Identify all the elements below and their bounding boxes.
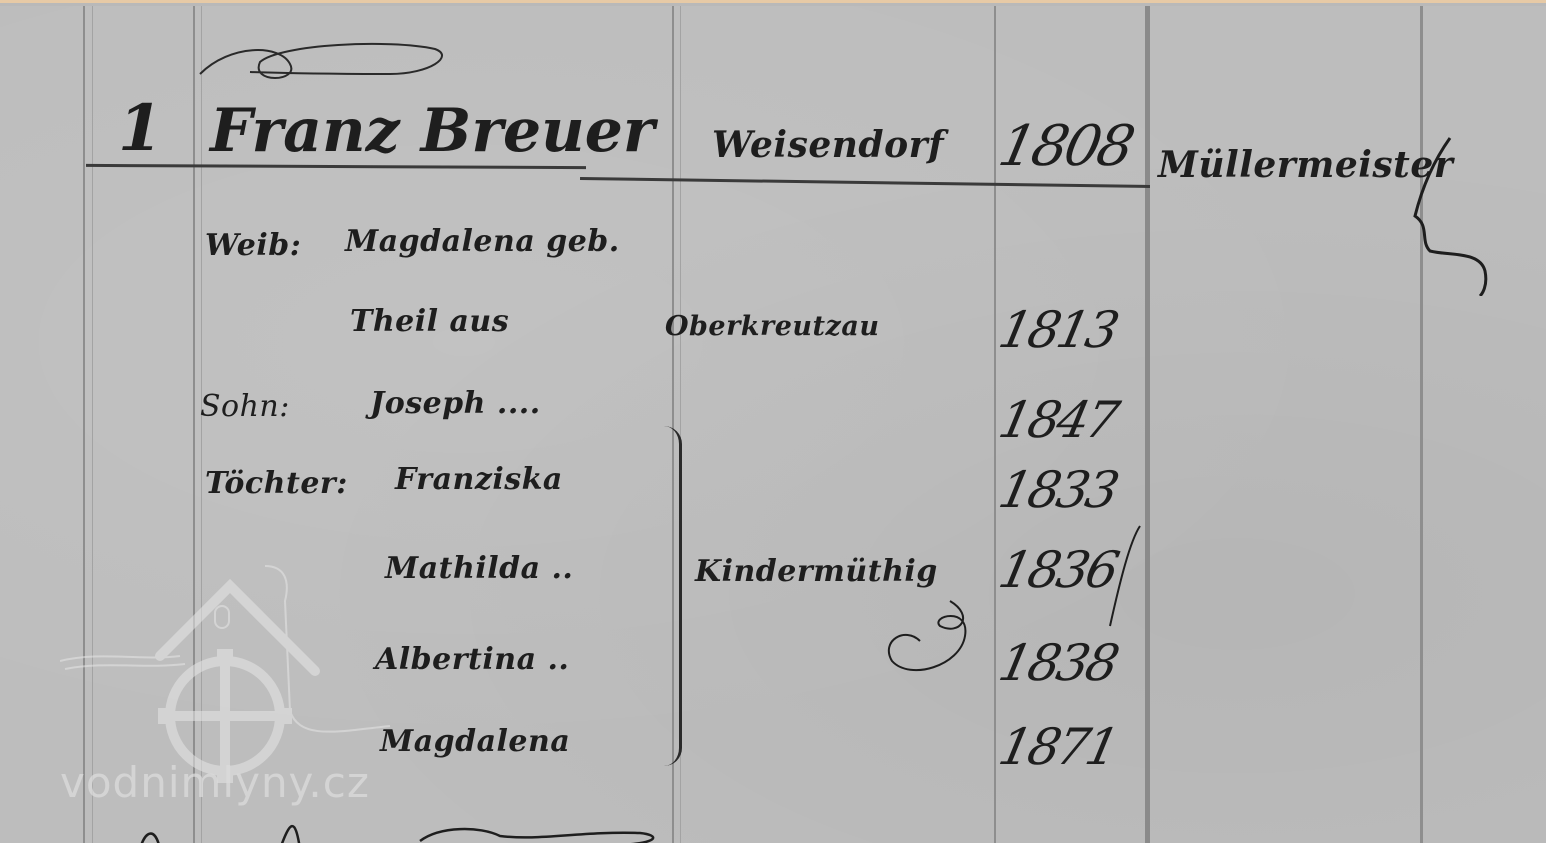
column-rule (994, 6, 996, 843)
row-name-wife: Magdalena geb. (345, 224, 620, 259)
next-entry-partial (120, 811, 680, 843)
row-name-wife-maiden: Theil aus (350, 304, 509, 339)
row-name-daughter-3: Albertina .. (375, 642, 569, 677)
row-name-daughter-1: Franziska (395, 462, 563, 497)
head-occupation: Müllermeister (1158, 144, 1453, 186)
row-year-daughter-1: 1833 (994, 461, 1122, 519)
head-birthplace: Weisendorf (712, 124, 944, 166)
head-year: 1808 (993, 114, 1137, 179)
year-flourish (1105, 521, 1145, 631)
row-year-wife: 1813 (994, 301, 1122, 359)
image-viewer: 1 Franz Breuer Weisendorf 1808 Müllermei… (0, 0, 1546, 843)
row-year-daughter-2: 1836 (994, 541, 1122, 599)
name-flourish (190, 34, 450, 104)
column-rule (1145, 6, 1150, 843)
place-flourish (880, 596, 980, 686)
occupation-flourish (1410, 126, 1500, 296)
watermark-text: vodnimlyny.cz (60, 758, 370, 807)
row-label-wife: Weib: (205, 228, 301, 263)
row-place-daughters: Kindermüthig (695, 554, 938, 589)
row-label-daughters: Töchter: (205, 466, 348, 501)
entry-number: 1 (118, 91, 163, 166)
row-name-daughter-4: Magdalena (380, 724, 570, 759)
daughters-brace (655, 426, 682, 766)
row-year-son: 1847 (994, 391, 1122, 449)
register-page-scan: 1 Franz Breuer Weisendorf 1808 Müllermei… (0, 6, 1546, 843)
row-year-daughter-3: 1838 (994, 634, 1122, 692)
row-place-wife: Oberkreutzau (665, 311, 879, 342)
head-name: Franz Breuer (210, 96, 655, 166)
row-label-son: Sohn: (200, 389, 290, 424)
row-year-daughter-4: 1871 (994, 718, 1122, 776)
row-name-son: Joseph .... (370, 386, 541, 421)
row-name-daughter-2: Mathilda .. (385, 551, 573, 586)
